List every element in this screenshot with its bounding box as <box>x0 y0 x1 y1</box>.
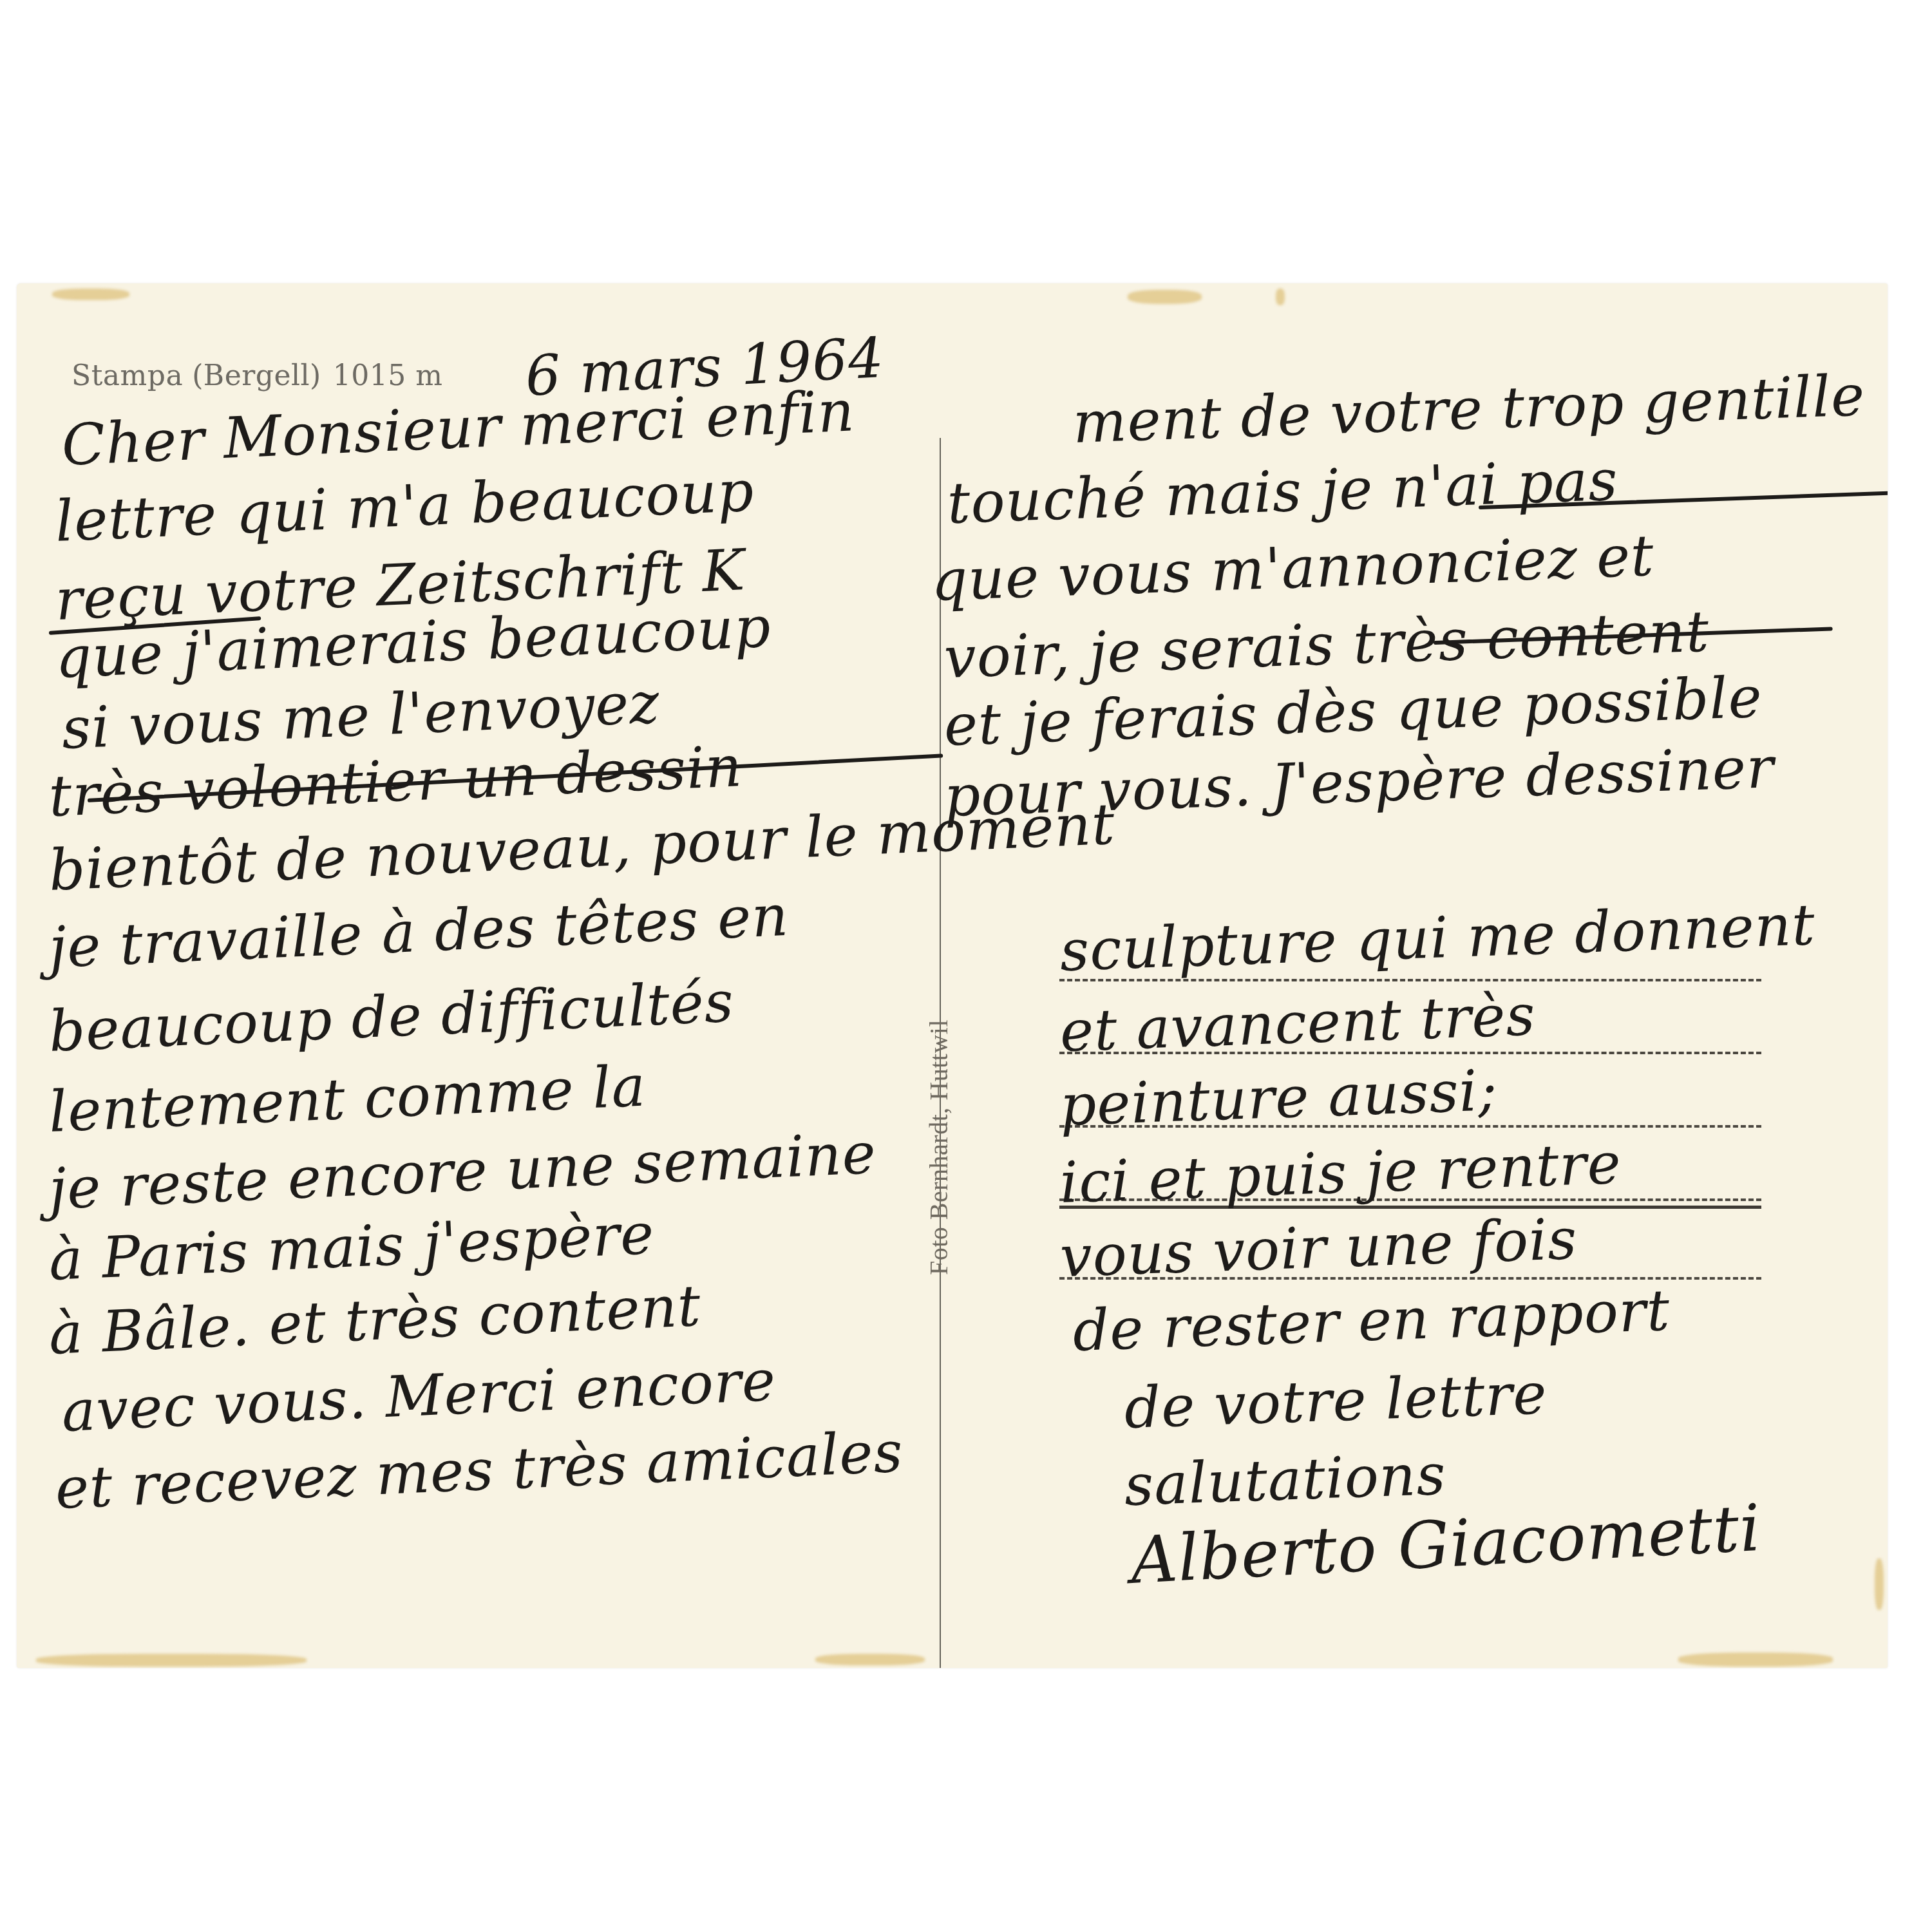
page: Stampa(Bergell)1015 m Foto Bernhardt, Hu… <box>0 0 1932 1932</box>
letter-line-right-14: de votre lettre <box>1123 1360 1548 1441</box>
letter-line-right-1: ment de votre trop gentille <box>1072 362 1866 456</box>
letter-line-right-3: que vous m'annonciez et <box>930 522 1655 614</box>
letter-line-right-13: de rester en rapport <box>1072 1277 1671 1364</box>
letter-line-left-10: lentement comme la <box>48 1053 647 1145</box>
handwritten-letter: 6 mars 1964 Cher Monsieur merci enfin le… <box>17 283 1888 1668</box>
letter-line-right-2: touché mais je n'ai pas <box>946 447 1619 536</box>
letter-line-right-11: ici et puis je rentre <box>1059 1130 1622 1216</box>
letter-line-right-12: vous voir une fois <box>1059 1206 1578 1290</box>
postcard: Stampa(Bergell)1015 m Foto Bernhardt, Hu… <box>17 283 1888 1668</box>
letter-line-right-15: salutations <box>1123 1441 1447 1519</box>
letter-line-left-9: beaucoup de difficultés <box>48 969 735 1065</box>
letter-line-right-9: et avancent très <box>1059 981 1537 1065</box>
letter-line-right-10: peinture aussi; <box>1059 1057 1499 1139</box>
letter-line-right-8: sculpture qui me donnent <box>1059 891 1816 984</box>
